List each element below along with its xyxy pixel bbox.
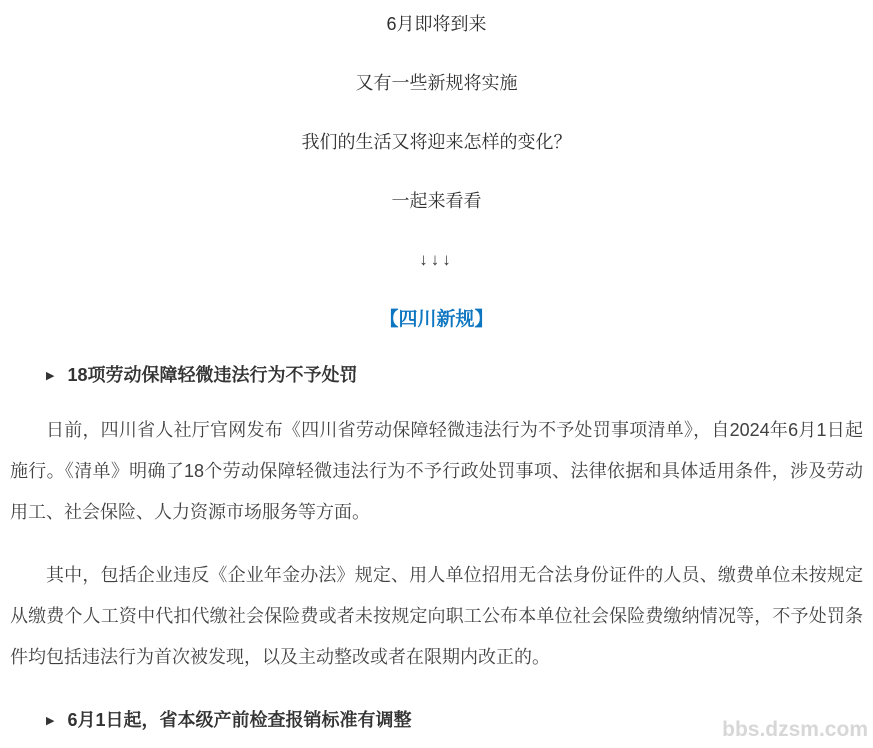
watermark: bbs.dzsm.com: [722, 718, 868, 742]
section-title: 【四川新规】: [0, 307, 873, 333]
triangle-bullet-icon: ▶: [46, 364, 54, 388]
article-1-paragraph-2: 其中，包括企业违反《企业年金办法》规定、用人单位招用无合法身份证件的人员、缴费单…: [10, 555, 863, 678]
intro-line-2: 又有一些新规将实施: [0, 71, 873, 95]
triangle-bullet-icon: ▶: [46, 709, 54, 733]
intro-line-3: 我们的生活又将迎来怎样的变化？: [0, 130, 873, 154]
article-heading-2-text: 6月1日起，省本级产前检查报销标准有调整: [67, 710, 411, 730]
article-1-paragraph-1: 日前，四川省人社厅官网发布《四川省劳动保障轻微违法行为不予处罚事项清单》，自20…: [10, 410, 863, 533]
article-block-1: ▶ 18项劳动保障轻微违法行为不予处罚 日前，四川省人社厅官网发布《四川省劳动保…: [0, 363, 873, 678]
intro-line-4: 一起来看看: [0, 189, 873, 213]
intro-section: 6月即将到来 又有一些新规将实施 我们的生活又将迎来怎样的变化？ 一起来看看 ↓…: [0, 0, 873, 272]
down-arrows-icon: ↓↓↓: [0, 248, 873, 272]
article-page: 6月即将到来 又有一些新规将实施 我们的生活又将迎来怎样的变化？ 一起来看看 ↓…: [0, 0, 873, 748]
article-heading-1: ▶ 18项劳动保障轻微违法行为不予处罚: [0, 363, 873, 388]
intro-line-1: 6月即将到来: [0, 12, 873, 36]
article-heading-1-text: 18项劳动保障轻微违法行为不予处罚: [67, 365, 357, 385]
